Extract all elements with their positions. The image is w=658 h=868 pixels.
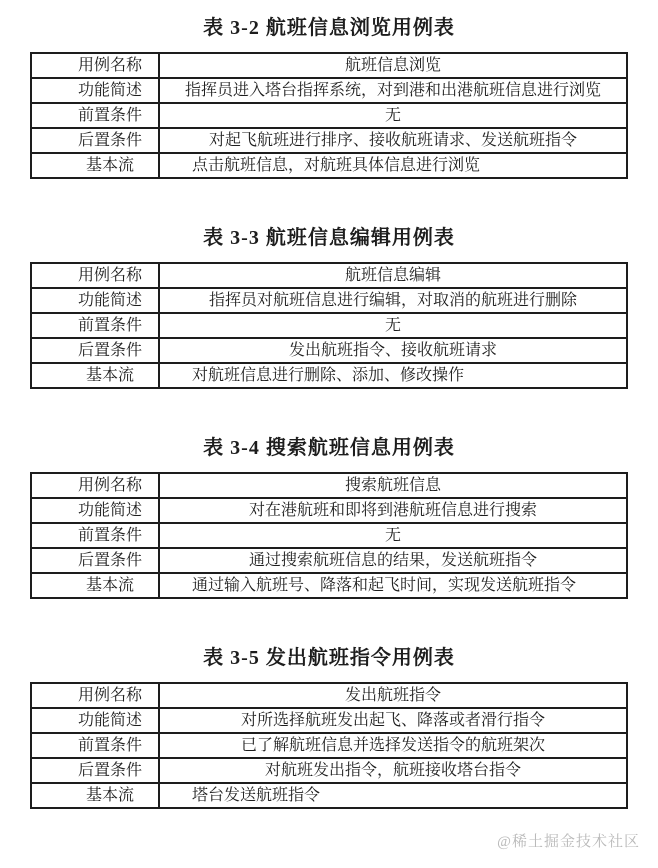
- row-label: 前置条件: [31, 523, 159, 548]
- row-value: 指挥员对航班信息进行编辑，对取消的航班进行删除: [159, 288, 627, 313]
- table-row: 基本流 点击航班信息，对航班具体信息进行浏览: [31, 153, 627, 178]
- table-row: 前置条件 无: [31, 313, 627, 338]
- section-table-3-2: 表 3-2 航班信息浏览用例表 用例名称 航班信息浏览 功能简述 指挥员进入塔台…: [0, 16, 658, 179]
- row-value: 无: [159, 313, 627, 338]
- row-value: 搜索航班信息: [159, 473, 627, 498]
- row-label: 功能简述: [31, 78, 159, 103]
- row-label: 前置条件: [31, 733, 159, 758]
- watermark-text: @稀土掘金技术社区: [497, 830, 640, 851]
- row-value: 塔台发送航班指令: [159, 783, 627, 808]
- section-table-3-4: 表 3-4 搜索航班信息用例表 用例名称 搜索航班信息 功能简述 对在港航班和即…: [0, 436, 658, 599]
- row-label: 基本流: [31, 153, 159, 178]
- row-value: 航班信息编辑: [159, 263, 627, 288]
- row-value: 发出航班指令: [159, 683, 627, 708]
- row-value: 对起飞航班进行排序、接收航班请求、发送航班指令: [159, 128, 627, 153]
- table-row: 功能简述 指挥员对航班信息进行编辑，对取消的航班进行删除: [31, 288, 627, 313]
- table-row: 功能简述 对在港航班和即将到港航班信息进行搜索: [31, 498, 627, 523]
- row-label: 基本流: [31, 783, 159, 808]
- row-label: 用例名称: [31, 263, 159, 288]
- table-row: 功能简述 对所选择航班发出起飞、降落或者滑行指令: [31, 708, 627, 733]
- row-value: 通过搜索航班信息的结果，发送航班指令: [159, 548, 627, 573]
- table-row: 前置条件 无: [31, 523, 627, 548]
- row-value: 发出航班指令、接收航班请求: [159, 338, 627, 363]
- table-title: 表 3-2 航班信息浏览用例表: [0, 16, 658, 40]
- row-label: 后置条件: [31, 128, 159, 153]
- row-value: 对在港航班和即将到港航班信息进行搜索: [159, 498, 627, 523]
- row-label: 基本流: [31, 573, 159, 598]
- table-row: 基本流 塔台发送航班指令: [31, 783, 627, 808]
- table-row: 用例名称 航班信息浏览: [31, 53, 627, 78]
- use-case-table: 用例名称 航班信息浏览 功能简述 指挥员进入塔台指挥系统，对到港和出港航班信息进…: [30, 52, 628, 179]
- row-value: 对航班信息进行删除、添加、修改操作: [159, 363, 627, 388]
- row-value: 点击航班信息，对航班具体信息进行浏览: [159, 153, 627, 178]
- table-title: 表 3-4 搜索航班信息用例表: [0, 436, 658, 460]
- table-row: 前置条件 已了解航班信息并选择发送指令的航班架次: [31, 733, 627, 758]
- table-row: 后置条件 对起飞航班进行排序、接收航班请求、发送航班指令: [31, 128, 627, 153]
- row-value: 航班信息浏览: [159, 53, 627, 78]
- table-row: 基本流 通过输入航班号、降落和起飞时间，实现发送航班指令: [31, 573, 627, 598]
- use-case-table: 用例名称 发出航班指令 功能简述 对所选择航班发出起飞、降落或者滑行指令 前置条…: [30, 682, 628, 809]
- table-title: 表 3-5 发出航班指令用例表: [0, 646, 658, 670]
- table-row: 后置条件 发出航班指令、接收航班请求: [31, 338, 627, 363]
- row-value: 指挥员进入塔台指挥系统，对到港和出港航班信息进行浏览: [159, 78, 627, 103]
- row-label: 基本流: [31, 363, 159, 388]
- table-row: 用例名称 搜索航班信息: [31, 473, 627, 498]
- row-value: 对所选择航班发出起飞、降落或者滑行指令: [159, 708, 627, 733]
- row-label: 用例名称: [31, 683, 159, 708]
- row-label: 用例名称: [31, 473, 159, 498]
- row-label: 功能简述: [31, 498, 159, 523]
- row-label: 用例名称: [31, 53, 159, 78]
- row-label: 前置条件: [31, 103, 159, 128]
- row-label: 后置条件: [31, 338, 159, 363]
- table-title: 表 3-3 航班信息编辑用例表: [0, 226, 658, 250]
- section-table-3-3: 表 3-3 航班信息编辑用例表 用例名称 航班信息编辑 功能简述 指挥员对航班信…: [0, 226, 658, 389]
- use-case-table: 用例名称 搜索航班信息 功能简述 对在港航班和即将到港航班信息进行搜索 前置条件…: [30, 472, 628, 599]
- row-label: 后置条件: [31, 548, 159, 573]
- table-row: 后置条件 对航班发出指令，航班接收塔台指令: [31, 758, 627, 783]
- section-table-3-5: 表 3-5 发出航班指令用例表 用例名称 发出航班指令 功能简述 对所选择航班发…: [0, 646, 658, 809]
- table-row: 后置条件 通过搜索航班信息的结果，发送航班指令: [31, 548, 627, 573]
- row-label: 功能简述: [31, 288, 159, 313]
- row-value: 已了解航班信息并选择发送指令的航班架次: [159, 733, 627, 758]
- row-label: 后置条件: [31, 758, 159, 783]
- row-value: 通过输入航班号、降落和起飞时间，实现发送航班指令: [159, 573, 627, 598]
- table-row: 用例名称 发出航班指令: [31, 683, 627, 708]
- document-page: 表 3-2 航班信息浏览用例表 用例名称 航班信息浏览 功能简述 指挥员进入塔台…: [0, 0, 658, 809]
- row-value: 对航班发出指令，航班接收塔台指令: [159, 758, 627, 783]
- table-row: 基本流 对航班信息进行删除、添加、修改操作: [31, 363, 627, 388]
- table-row: 功能简述 指挥员进入塔台指挥系统，对到港和出港航班信息进行浏览: [31, 78, 627, 103]
- row-label: 前置条件: [31, 313, 159, 338]
- row-value: 无: [159, 523, 627, 548]
- row-value: 无: [159, 103, 627, 128]
- row-label: 功能简述: [31, 708, 159, 733]
- table-row: 前置条件 无: [31, 103, 627, 128]
- use-case-table: 用例名称 航班信息编辑 功能简述 指挥员对航班信息进行编辑，对取消的航班进行删除…: [30, 262, 628, 389]
- table-row: 用例名称 航班信息编辑: [31, 263, 627, 288]
